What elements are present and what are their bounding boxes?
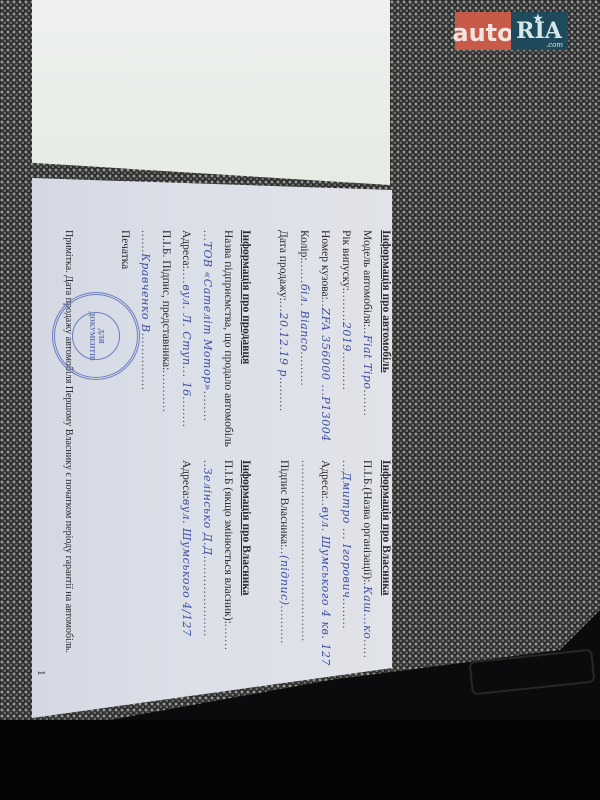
field-row: ...Дмитро ... Ігорович........	[340, 460, 353, 700]
handwritten-value: ZFA 356000 ...P13004	[319, 308, 332, 442]
handwritten-value: Кравченко В.	[139, 253, 152, 336]
sale-section-heading: Інформація про продавця	[240, 230, 252, 447]
stamp-center: ДЛЯ ДОКУМЕНТІВ	[72, 312, 120, 360]
page-number: 1	[35, 670, 47, 676]
new-owner-section-heading: Інформація про Власника	[240, 460, 252, 651]
field-row: П.І.Б. Підпис, представника:...........	[160, 230, 172, 447]
new-owner-section: Інформація про Власника П.І.Б (якщо змін…	[172, 460, 252, 651]
field-row: ......Кравченко В...............	[139, 230, 152, 447]
handwritten-value: Дмитро ... Ігорович	[340, 472, 353, 599]
column-left: Інформація про автомобіль Модель автомоб…	[269, 230, 392, 445]
field-row: П.І.Б.(Назва організації):.Каш...ко.....	[361, 460, 374, 700]
handwritten-value: вул. Шумського 4/127	[180, 499, 193, 637]
field-row: Номер кузова:..ZFA 356000 ...P13004	[319, 230, 332, 445]
watermark-ria: ★ RIA .com	[511, 12, 567, 50]
field-row: Підпис Власника:..(підпис)..........	[278, 460, 291, 700]
owner-section-heading: Інформація про Власника	[380, 460, 392, 700]
handwritten-value: Каш...ко	[361, 586, 374, 639]
handwritten-value: Зелінсько Д.Д.	[201, 468, 214, 560]
handwritten-value: вул. Шумського 4 кв. 127	[319, 507, 332, 666]
seat-shadow	[0, 720, 600, 800]
field-row: ...ТОВ «Сателіт Мотор»........	[201, 230, 214, 447]
handwritten-value: вул. Л. Ступ... 16	[180, 284, 193, 396]
field-row: ........................................…	[299, 460, 311, 700]
field-row: Адреса:....вул. Л. Ступ... 16........	[180, 230, 193, 447]
field-row: Назва підприємства, що продало автомобіл…	[222, 230, 234, 447]
owner-signature: (підпис)	[278, 555, 291, 606]
watermark-auto: auto	[455, 12, 511, 50]
handwritten-value: Fiat Tipo	[361, 335, 374, 390]
field-row: Адреса:вул. Шумського 4/127	[180, 460, 193, 651]
handwritten-value: 20.12.19 р.	[277, 312, 290, 381]
company-stamp: ДЛЯ ДОКУМЕНТІВ	[52, 292, 140, 380]
field-row: Рік випуску:........2019..........	[340, 230, 353, 445]
field-row: Дата продажу:...20.12.19 р.........	[277, 230, 290, 445]
field-row: Колір:......біл. Bianco.........	[298, 230, 311, 445]
paper-top-fold	[32, 0, 390, 185]
field-row: П.І.Б (якщо змінюється власник):.......	[222, 460, 234, 651]
field-row: ..Зелінсько Д.Д.....................	[201, 460, 214, 651]
handwritten-value: ТОВ «Сателіт Мотор»	[201, 242, 214, 391]
handwritten-value: 2019	[340, 322, 353, 352]
autoria-watermark: auto ★ RIA .com	[455, 12, 567, 54]
field-row: Модель автомобіля:..Fiat Tipo.......	[361, 230, 374, 445]
car-section-heading: Інформація про автомобіль	[380, 230, 392, 445]
handwritten-value: біл. Bianco	[298, 284, 311, 352]
star-icon: ★	[533, 12, 543, 25]
field-row: Адреса:..вул. Шумського 4 кв. 127	[319, 460, 332, 700]
column-right: Інформація про Власника П.І.Б.(Назва орг…	[270, 460, 392, 700]
